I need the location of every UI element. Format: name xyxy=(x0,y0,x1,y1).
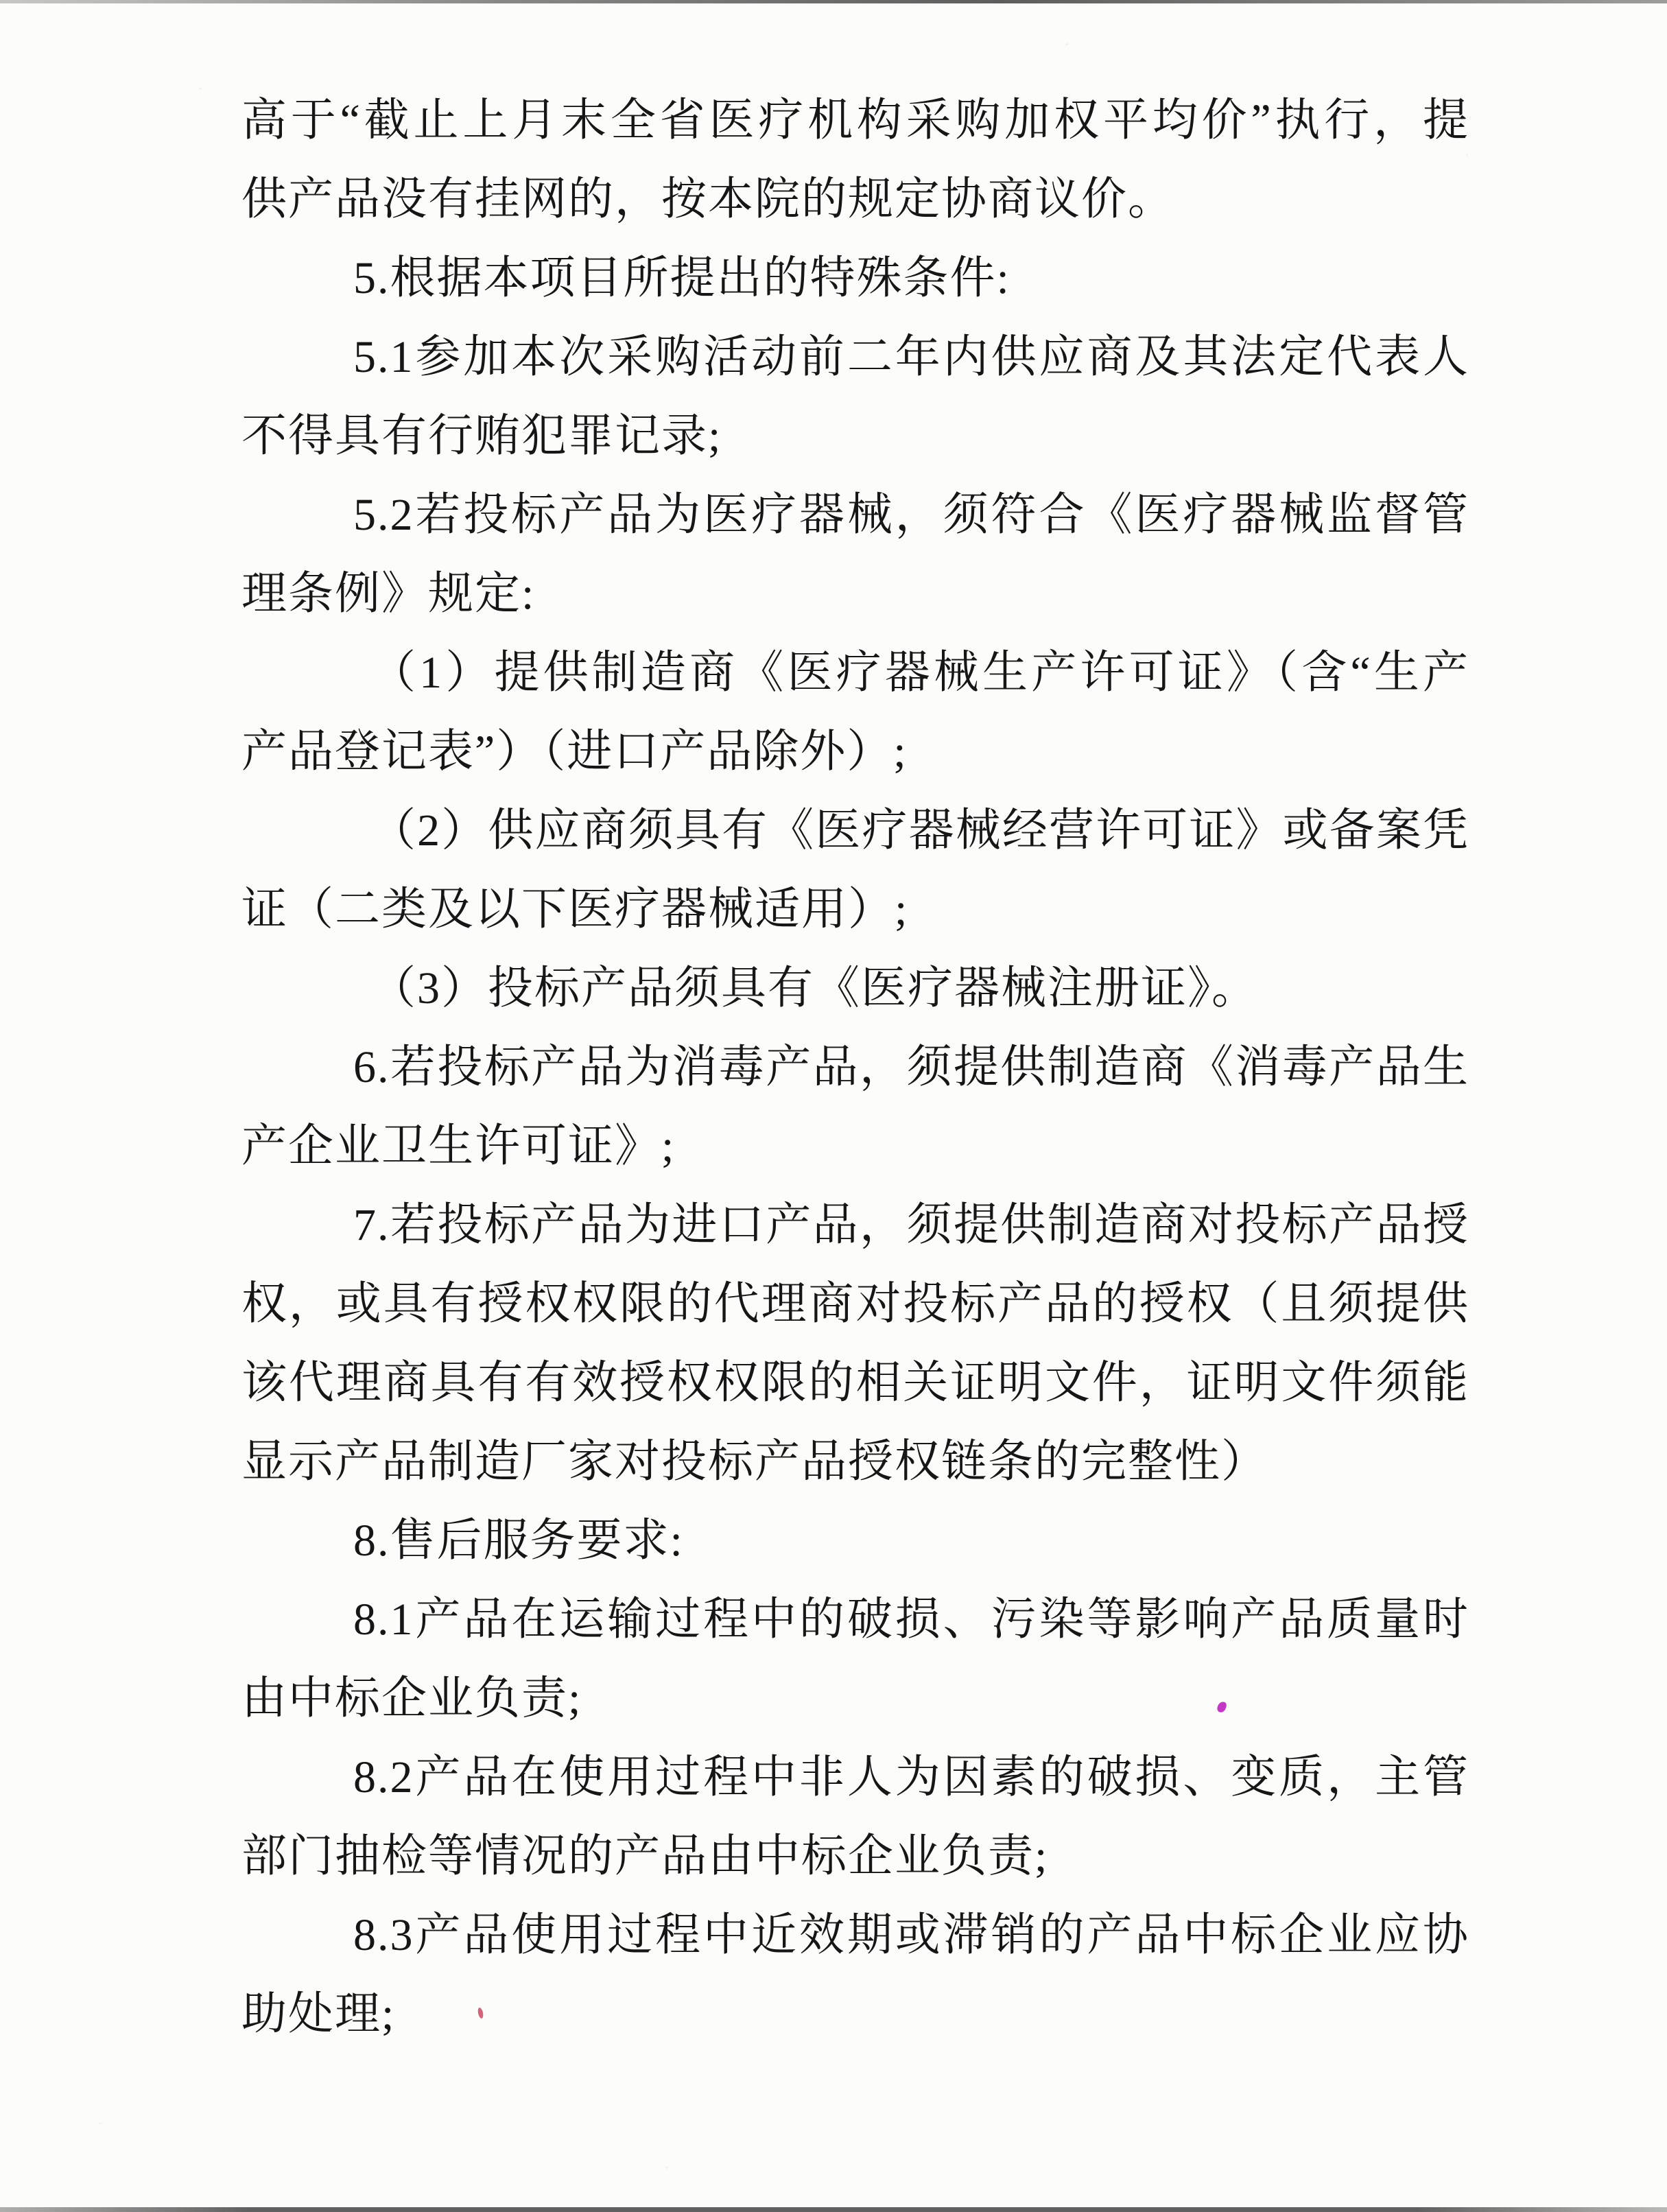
text-line: 5.2若投标产品为医疗器械，须符合《医疗器械监督管 xyxy=(241,475,1469,554)
text-line: 理条例》规定: xyxy=(241,554,1469,633)
text-line: 部门抽检等情况的产品由中标企业负责; xyxy=(241,1817,1469,1896)
scan-artifact-top-edge-line xyxy=(0,0,1667,3)
document-page: 高于“截止上月末全省医疗机构采购加权平均价”执行，提 供产品没有挂网的，按本院的… xyxy=(0,0,1667,2212)
text-line: 该代理商具有有效授权权限的相关证明文件，证明文件须能 xyxy=(241,1343,1469,1422)
text-line: 5.根据本项目所提出的特殊条件: xyxy=(241,239,1469,318)
text-line: 助处理; xyxy=(241,1975,1469,2054)
document-text-block: 高于“截止上月末全省医疗机构采购加权平均价”执行，提 供产品没有挂网的，按本院的… xyxy=(241,81,1469,2054)
text-line: 供产品没有挂网的，按本院的规定协商议价。 xyxy=(241,160,1469,239)
text-line: 高于“截止上月末全省医疗机构采购加权平均价”执行，提 xyxy=(241,81,1469,160)
text-line: （2）供应商须具有《医疗器械经营许可证》或备案凭 xyxy=(241,791,1469,870)
text-line: 5.1参加本次采购活动前二年内供应商及其法定代表人 xyxy=(241,318,1469,397)
text-line: 8.2产品在使用过程中非人为因素的破损、变质，主管 xyxy=(241,1738,1469,1817)
text-line: 产企业卫生许可证》; xyxy=(241,1107,1469,1186)
text-line: 由中标企业负责; xyxy=(241,1659,1469,1738)
text-line: 显示产品制造厂家对投标产品授权链条的完整性） xyxy=(241,1422,1469,1501)
scan-artifact-bottom-edge-line xyxy=(0,2207,1667,2212)
text-line: 8.售后服务要求: xyxy=(241,1501,1469,1580)
text-line: 8.3产品使用过程中近效期或滞销的产品中标企业应协 xyxy=(241,1896,1469,1975)
text-line: （1）提供制造商《医疗器械生产许可证》（含“生产 xyxy=(241,633,1469,712)
text-line: 产品登记表”）（进口产品除外）; xyxy=(241,712,1469,791)
text-line: 8.1产品在运输过程中的破损、污染等影响产品质量时 xyxy=(241,1580,1469,1659)
text-line: 7.若投标产品为进口产品，须提供制造商对投标产品授 xyxy=(241,1186,1469,1264)
text-line: 6.若投标产品为消毒产品，须提供制造商《消毒产品生 xyxy=(241,1028,1469,1107)
text-line: （3）投标产品须具有《医疗器械注册证》。 xyxy=(241,949,1469,1028)
text-line: 不得具有行贿犯罪记录; xyxy=(241,397,1469,475)
text-line: 权，或具有授权权限的代理商对投标产品的授权（且须提供 xyxy=(241,1264,1469,1343)
text-line: 证（二类及以下医疗器械适用）; xyxy=(241,870,1469,949)
